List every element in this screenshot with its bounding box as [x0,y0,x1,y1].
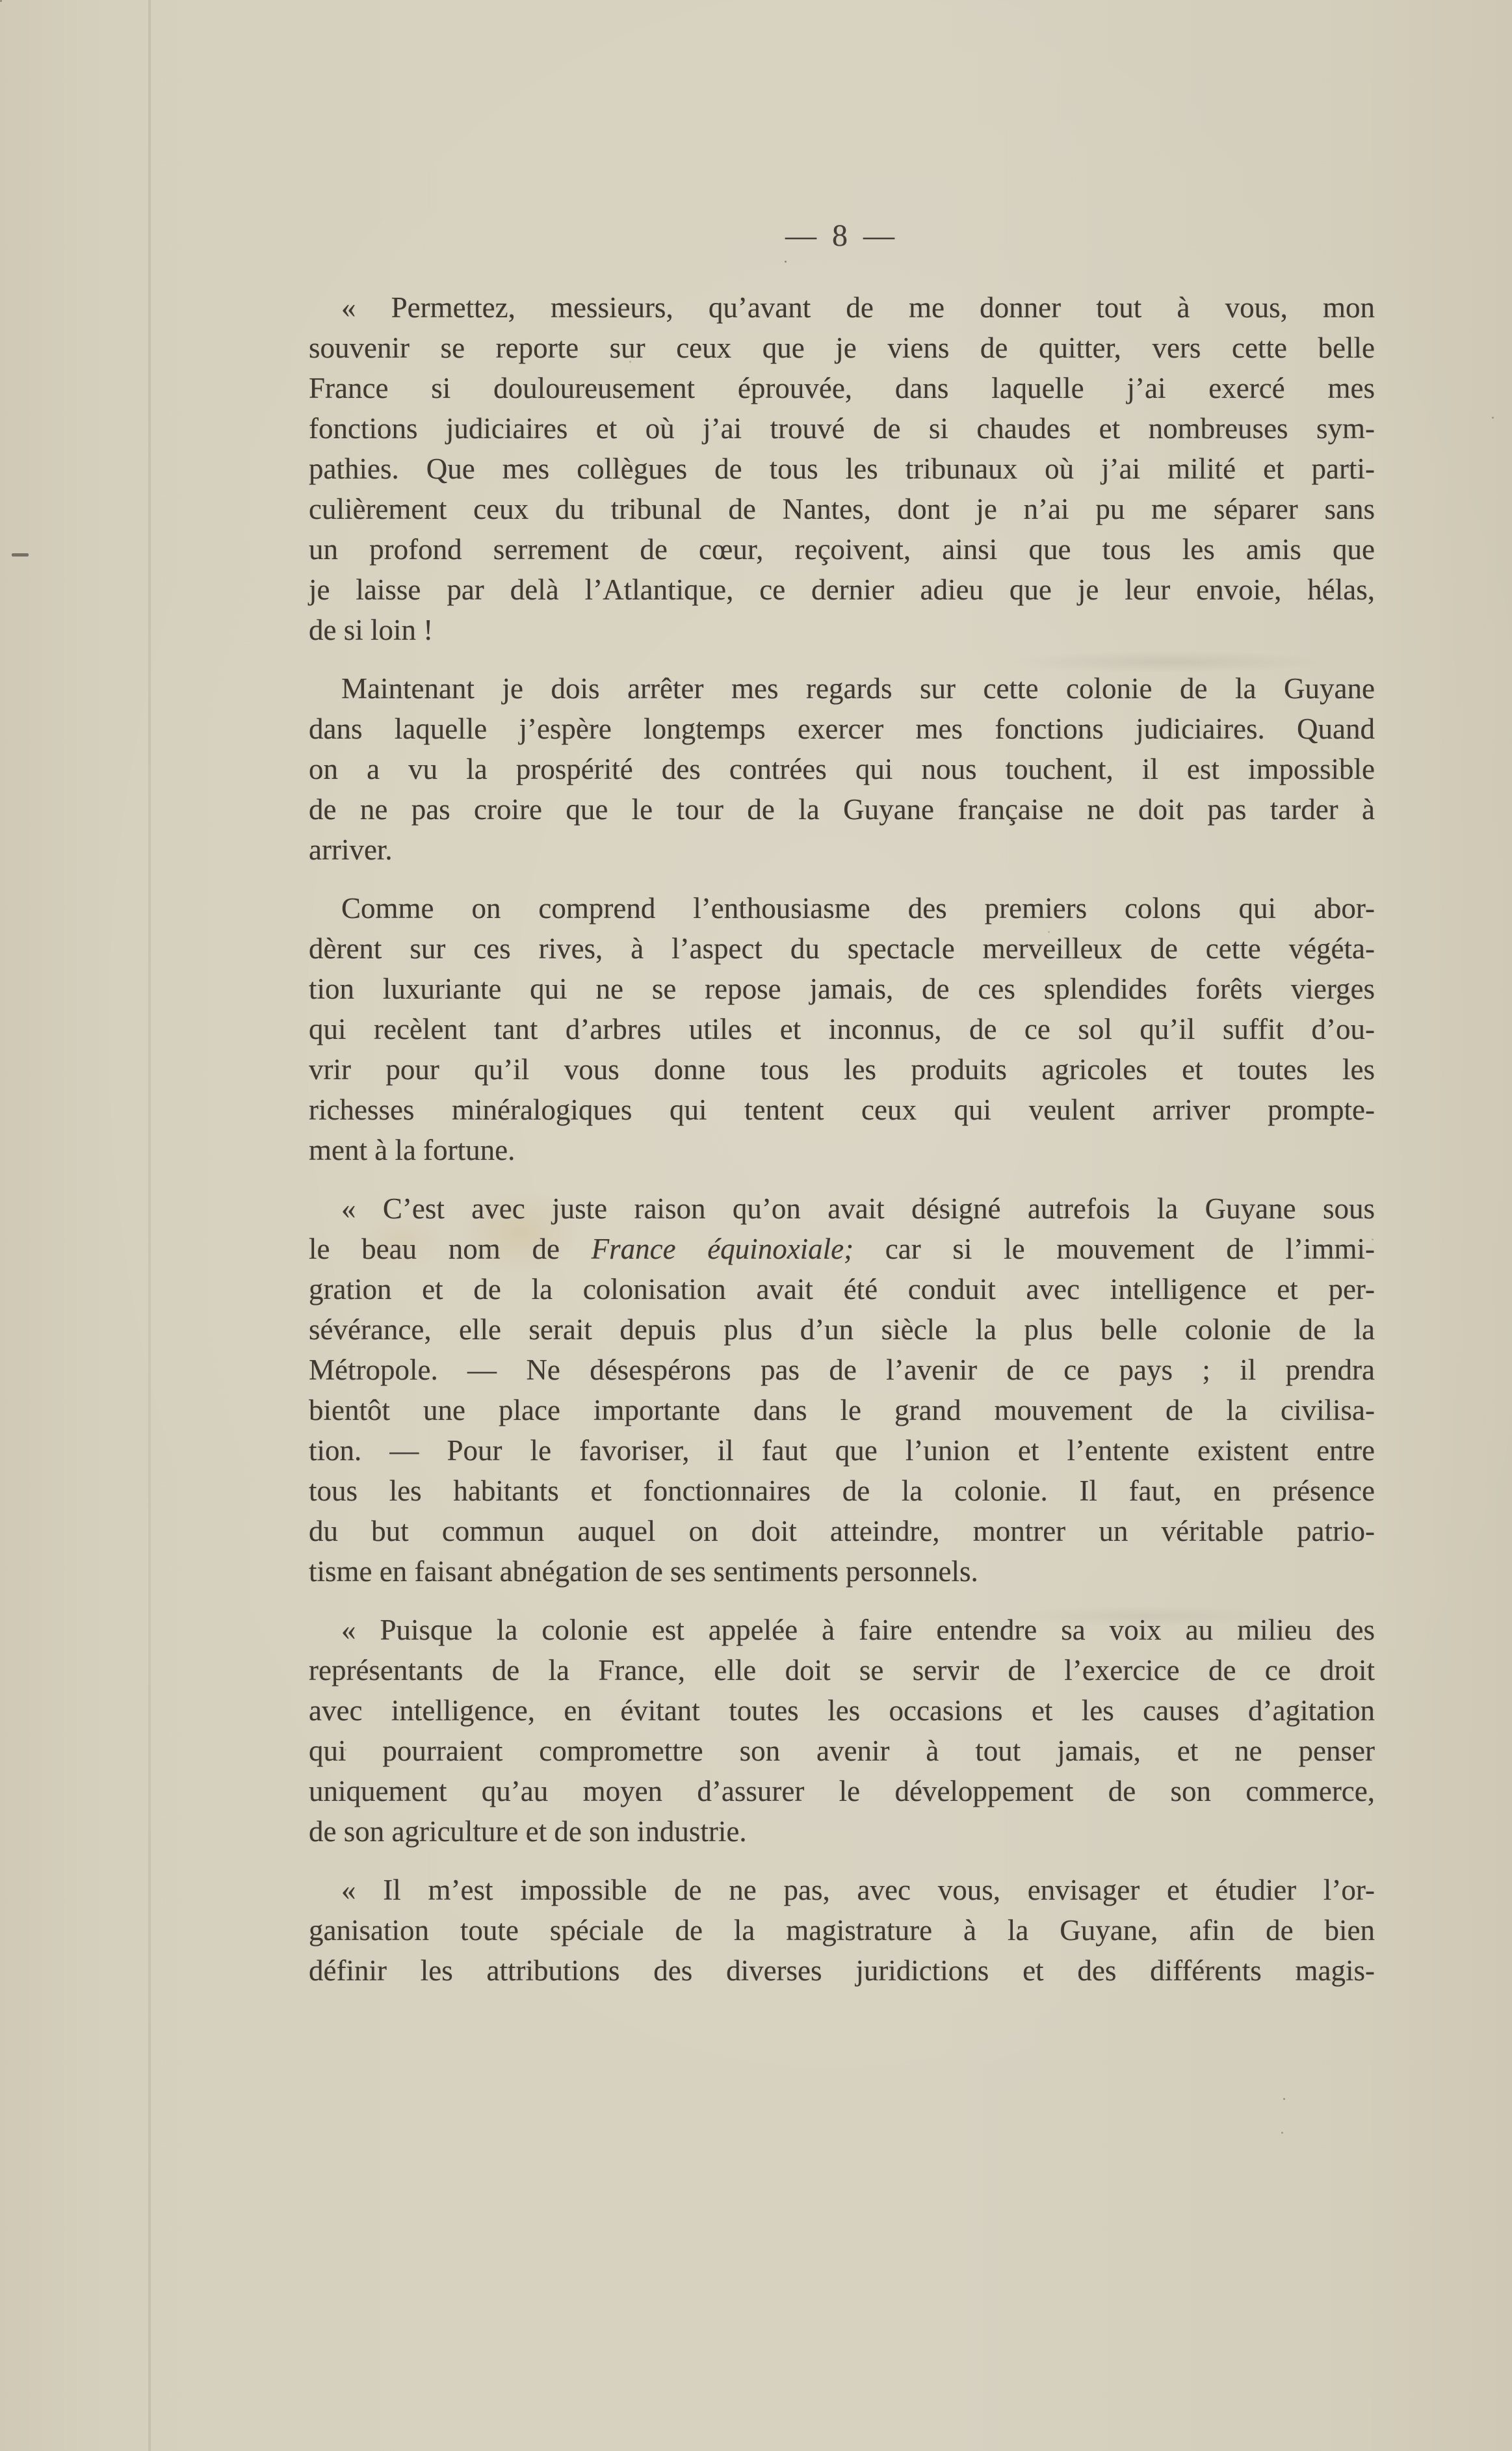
paragraph: « C’est avec juste raison qu’on avait dé… [309,1188,1375,1592]
text-line: dans laquelle j’espère longtemps exercer… [309,709,1375,749]
paragraph: Comme on comprend l’enthousiasme des pre… [309,888,1375,1170]
text-line: bientôt une place importante dans le gra… [309,1390,1375,1430]
text-line: « C’est avec juste raison qu’on avait dé… [309,1188,1375,1229]
text-line: de ne pas croire que le tour de la Guyan… [309,789,1375,830]
text-line: le beau nom de France équinoxiale; car s… [309,1229,1375,1269]
paragraph: Maintenant je dois arrêter mes regards s… [309,668,1375,870]
text-line: je laisse par delà l’Atlantique, ce dern… [309,570,1375,610]
paragraph: « Puisque la colonie est appelée à faire… [309,1610,1375,1852]
text-line: fonctions judiciaires et où j’ai trouvé … [309,408,1375,449]
text-line: du but commun auquel on doit atteindre, … [309,1511,1375,1551]
text-segment: le beau nom de [309,1233,592,1265]
text-line: de son agriculture et de son industrie. [309,1811,1375,1852]
scanned-book-page: — 8 — « Permettez, messieurs, qu’avant d… [0,0,1512,2451]
text-line: on a vu la prospérité des contrées qui n… [309,749,1375,789]
text-line: ment à la fortune. [309,1130,1375,1170]
text-line: culièrement ceux du tribunal de Nantes, … [309,489,1375,529]
text-line: « Puisque la colonie est appelée à faire… [309,1610,1375,1650]
text-line: dèrent sur ces rives, à l’aspect du spec… [309,928,1375,969]
text-line: souvenir se reporte sur ceux que je vien… [309,328,1375,368]
text-line: gration et de la colonisation avait été … [309,1269,1375,1309]
text-line: ganisation toute spéciale de la magistra… [309,1910,1375,1950]
italic-text: France équinoxiale; [592,1233,854,1265]
text-line: Métropole. — Ne désespérons pas de l’ave… [309,1350,1375,1390]
edge-mark [12,553,29,557]
text-line: « Permettez, messieurs, qu’avant de me d… [309,287,1375,328]
text-line: qui pourraient compromettre son avenir à… [309,1731,1375,1771]
dust-specks [0,0,2,2]
paragraph: « Permettez, messieurs, qu’avant de me d… [309,287,1375,650]
text-line: sévérance, elle serait depuis plus d’un … [309,1309,1375,1350]
text-line: tion luxuriante qui ne se repose jamais,… [309,969,1375,1009]
text-line: richesses minéralogiques qui tentent ceu… [309,1090,1375,1130]
paragraph: « Il m’est impossible de ne pas, avec vo… [309,1870,1375,1991]
text-line: France si douloureusement éprouvée, dans… [309,368,1375,408]
text-line: tisme en faisant abnégation de ses senti… [309,1551,1375,1592]
text-line: « Il m’est impossible de ne pas, avec vo… [309,1870,1375,1910]
text-segment: car si le mouvement de l’immi- [854,1233,1375,1265]
text-column: — 8 — « Permettez, messieurs, qu’avant d… [309,216,1375,1991]
text-line: avec intelligence, en évitant toutes les… [309,1690,1375,1731]
text-line: de si loin ! [309,610,1375,650]
text-line: définir les attributions des diverses ju… [309,1950,1375,1991]
text-line: arriver. [309,830,1375,870]
text-line: Comme on comprend l’enthousiasme des pre… [309,888,1375,928]
text-line: tous les habitants et fonctionnaires de … [309,1471,1375,1511]
text-line: pathies. Que mes collègues de tous les t… [309,449,1375,489]
text-block: « Permettez, messieurs, qu’avant de me d… [309,287,1375,1991]
text-line: représentants de la France, elle doit se… [309,1650,1375,1690]
text-line: un profond serrement de cœur, reçoivent,… [309,529,1375,570]
page-number: — 8 — [309,216,1375,256]
text-line: vrir pour qu’il vous donne tous les prod… [309,1049,1375,1090]
text-line: tion. — Pour le favoriser, il faut que l… [309,1430,1375,1471]
text-line: qui recèlent tant d’arbres utiles et inc… [309,1009,1375,1049]
text-line: uniquement qu’au moyen d’assurer le déve… [309,1771,1375,1811]
text-line: Maintenant je dois arrêter mes regards s… [309,668,1375,709]
